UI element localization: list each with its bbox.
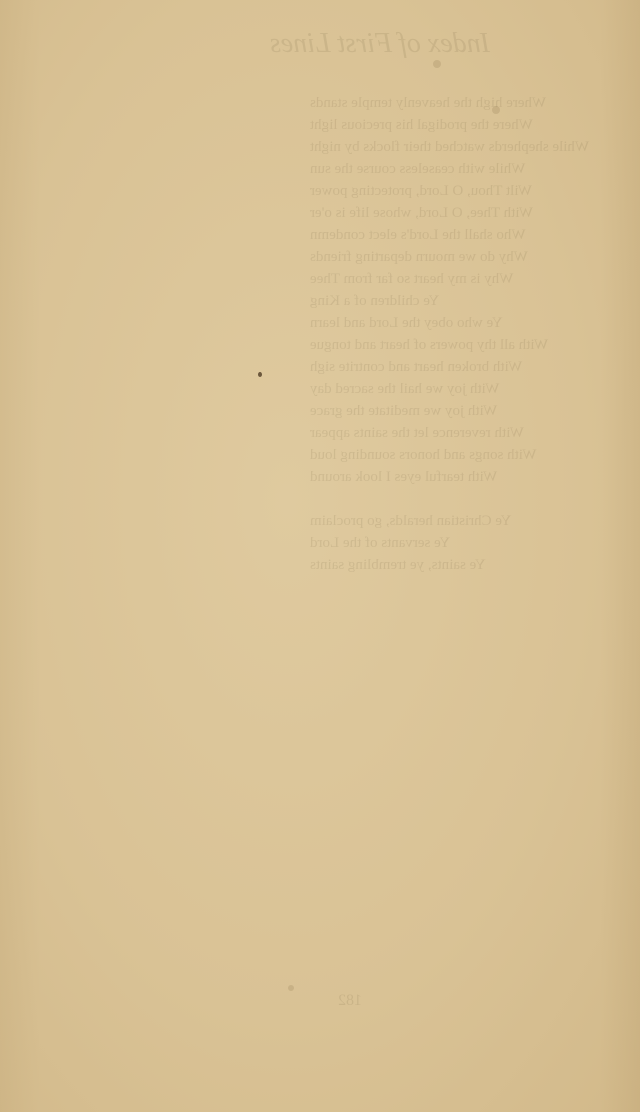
show-through-page-number: 182 — [310, 992, 390, 1010]
foxing-spot — [258, 372, 262, 377]
show-through-title: Index of First Lines — [170, 28, 590, 60]
foxing-spot — [492, 106, 500, 114]
show-through-text: Index of First Lines Where high the heav… — [0, 0, 640, 1112]
foxing-spot — [433, 60, 441, 68]
foxing-spot — [288, 985, 294, 991]
book-page: Index of First Lines Where high the heav… — [0, 0, 640, 1112]
show-through-column: Where high the heavenly temple stands Wh… — [310, 92, 640, 576]
